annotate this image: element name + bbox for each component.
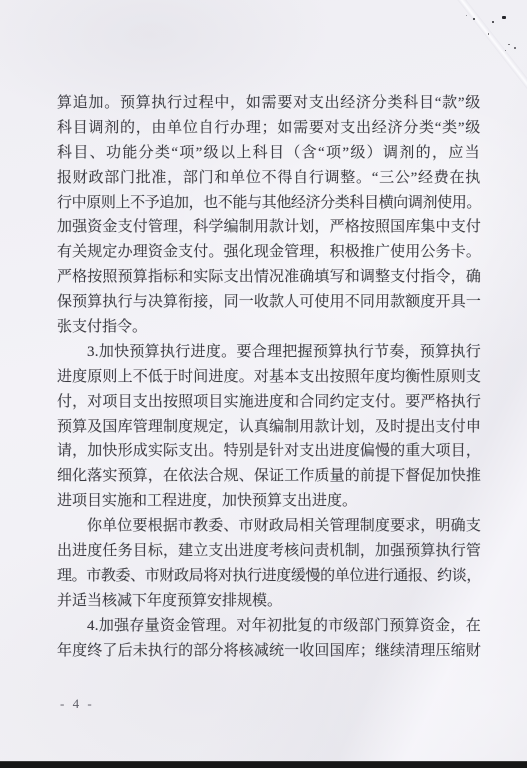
page-number: - 4 - <box>60 696 94 712</box>
text-line: 你单位要根据市教委、市财政局相关管理制度要求，明确支 <box>57 514 481 539</box>
text-line: 进度原则上不低于时间进度。对基本支出按照年度均衡性原则支 <box>57 365 481 390</box>
scan-speck <box>466 15 467 16</box>
scan-speck <box>473 18 475 20</box>
text-line: 保预算执行与决算衔接，同一收款人可使用不同用款额度开具一 <box>57 290 481 315</box>
scan-speck <box>514 47 516 49</box>
text-line: 4.加强存量资金管理。对年初批复的市级部门预算资金，在 <box>57 614 481 639</box>
text-line: 张支付指令。 <box>57 315 481 340</box>
text-line: 科目调剂的，由单位自行办理；如需要对支出经济分类“类”级 <box>57 116 481 141</box>
scanner-edge-bar <box>0 761 527 768</box>
scan-speck <box>502 16 506 19</box>
text-line: 报财政部门批准，部门和单位不得自行调整。“三公”经费在执 <box>57 166 481 191</box>
scan-speck <box>505 50 506 51</box>
text-line: 预算及国库管理制度规定，认真编制用款计划，及时提出支付申 <box>57 415 481 440</box>
text-line: 付，对项目支出按照项目实施进度和合同约定支付。要严格执行 <box>57 390 481 415</box>
scanned-document-page: 算追加。预算执行过程中，如需要对支出经济分类科目“款”级科目调剂的，由单位自行办… <box>0 0 527 768</box>
text-line: 算追加。预算执行过程中，如需要对支出经济分类科目“款”级 <box>57 91 481 116</box>
text-line: 行中原则上不予追加，也不能与其他经济分类科目横向调剂使用。 <box>57 191 481 216</box>
text-line: 严格按照预算指标和实际支出情况准确填写和调整支付指令，确 <box>57 265 481 290</box>
text-line: 有关规定办理资金支付。强化现金管理，积极推广使用公务卡。 <box>57 240 481 265</box>
text-line: 理。市教委、市财政局将对执行进度缓慢的单位进行通报、约谈， <box>57 564 481 589</box>
text-line: 科目、功能分类“项”级以上科目（含“项”级）调剂的，应当 <box>57 141 481 166</box>
document-body-text: 算追加。预算执行过程中，如需要对支出经济分类科目“款”级科目调剂的，由单位自行办… <box>57 91 481 663</box>
text-line: 细化落实预算，在依法合规、保证工作质量的前提下督促加快推 <box>57 464 481 489</box>
text-line: 请，加快形成实际支出。特别是针对支出进度偏慢的重大项目， <box>57 439 481 464</box>
text-line: 并适当核减下年度预算安排规模。 <box>57 589 481 614</box>
text-line: 出进度任务目标，建立支出进度考核问责机制，加强预算执行管 <box>57 539 481 564</box>
scan-speck <box>492 21 494 23</box>
scan-speck <box>508 44 510 45</box>
text-line: 加强资金支付管理，科学编制用款计划，严格按照国库集中支付 <box>57 215 481 240</box>
text-line: 3.加快预算执行进度。要合理把握预算执行节奏，预算执行 <box>57 340 481 365</box>
text-line: 年度终了后未执行的部分将核减统一收回国库；继续清理压缩财 <box>57 639 481 664</box>
text-line: 进项目实施和工程进度，加快预算支出进度。 <box>57 489 481 514</box>
scan-speck <box>488 33 489 35</box>
